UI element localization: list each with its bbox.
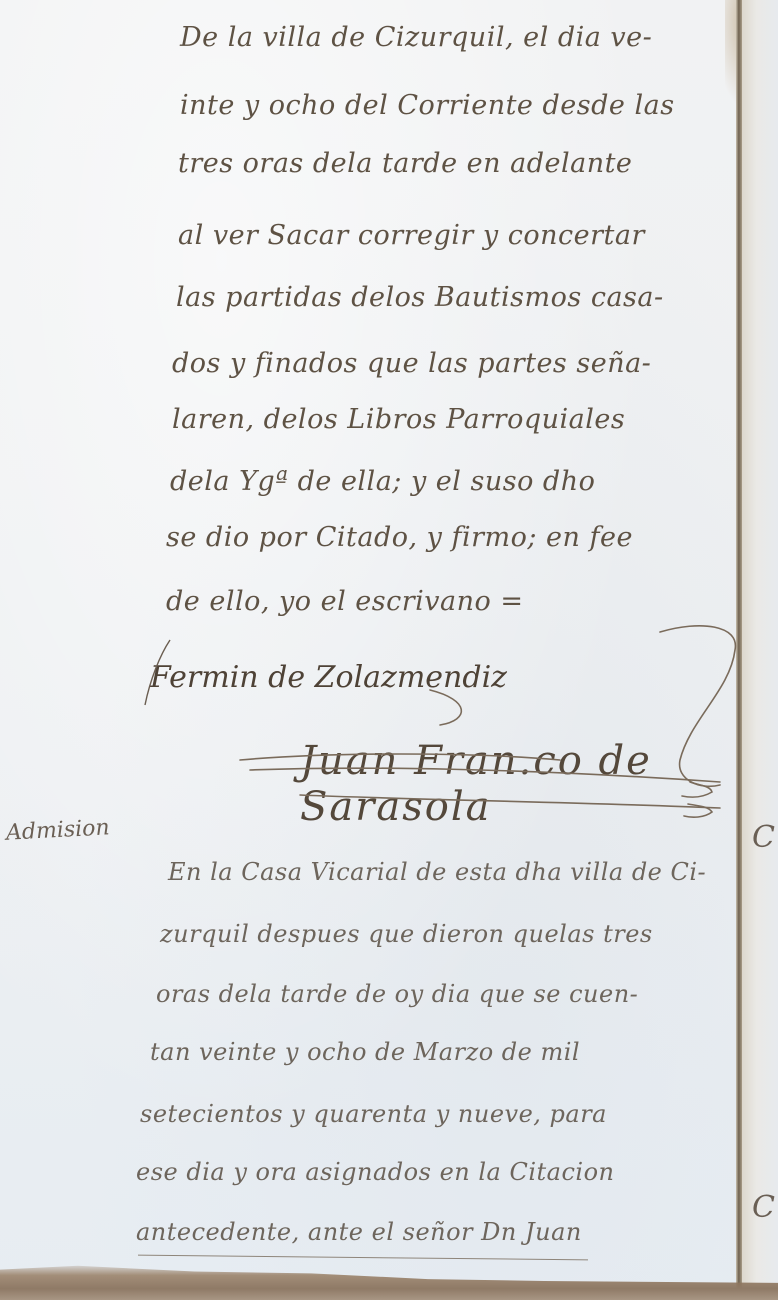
lower-line-7: antecedente, ante el señor Dn Juan [136, 1218, 582, 1246]
lower-line-6: ese dia y ora asignados en la Citacion [136, 1158, 614, 1186]
facing-page-letter-1: C [752, 820, 775, 855]
lower-line-2: zurquil despues que dieron quelas tres [160, 920, 653, 948]
lower-line-3: oras dela tarde de oy dia que se cuen- [156, 980, 638, 1008]
facing-page-letter-2: C [752, 1190, 775, 1225]
lower-line-1: En la Casa Vicarial de esta dha villa de… [168, 858, 706, 886]
lower-line-4: tan veinte y ocho de Marzo de mil [150, 1038, 580, 1066]
lower-line-5: setecientos y quarenta y nueve, para [140, 1100, 607, 1128]
